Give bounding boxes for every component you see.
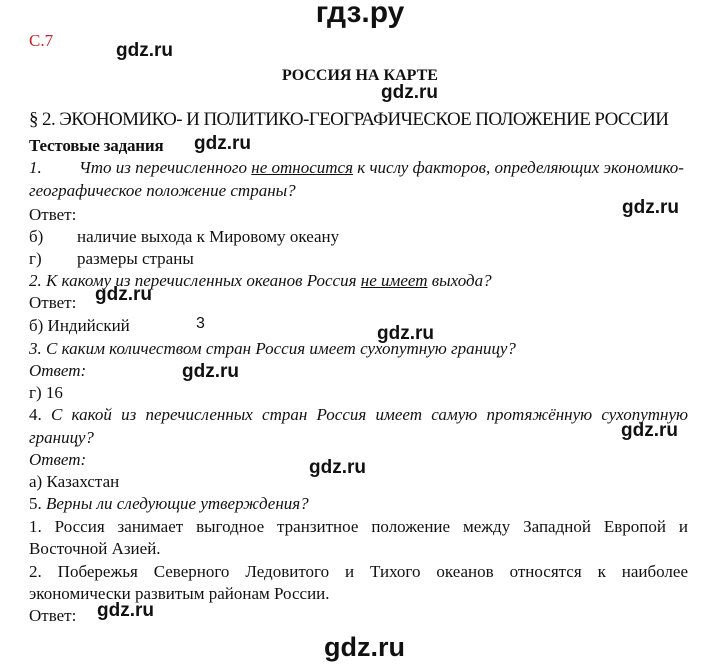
statement-1-line2: Восточной Азией. [29,539,161,559]
question-2: 2. К какому из перечисленных океанов Рос… [29,271,492,291]
emphasis: не имеет [361,271,428,290]
statement-1: 1. Россия занимает выгодное транзитное п… [29,517,688,537]
question-1-line2: географическое положение страны? [29,181,296,201]
watermark: gdz.ru [622,197,679,219]
answer-label: Ответ: [29,450,86,470]
watermark-large: gdz.ru [324,632,405,663]
statement-2: 2. Побережья Северного Ледовитого и Тихо… [29,562,688,582]
subheading: Тестовые задания [29,136,163,156]
answer-item: г)размеры страны [29,249,194,269]
question-number: 1. [29,158,79,178]
section-title: § 2. ЭКОНОМИКО- И ПОЛИТИКО-ГЕОГРАФИЧЕСКО… [29,109,668,131]
chapter-title: РОССИЯ НА КАРТЕ [0,67,720,85]
statement-2-line2: экономически развитым районам России. [29,584,330,604]
site-title: гдз.ру [0,0,720,30]
watermark: gdz.ru [116,40,173,62]
question-5: 5. Верны ли следующие утверждения? [29,494,309,514]
answer-label: Ответ: [29,293,76,313]
answer-item: а) Казахстан [29,472,119,492]
watermark: gdz.ru [309,457,366,479]
answer-label: Ответ: [29,361,86,381]
question-4: 4. С какой из перечисленных стран Россия… [29,405,688,425]
watermark: gdz.ru [194,133,251,155]
watermark: gdz.ru [381,82,438,104]
question-3: 3. С каким количеством стран Россия имее… [29,339,516,359]
emphasis: не относится [251,158,353,177]
question-4-line2: границу? [29,428,94,448]
stray-mark: 3 [196,315,205,333]
answer-item: г) 16 [29,383,63,403]
answer-item: б)наличие выхода к Мировому океану [29,227,339,247]
watermark: gdz.ru [182,361,239,383]
page-number: С.7 [29,31,53,51]
question-1: 1.Что из перечисленного не относится к ч… [29,158,684,178]
answer-label: Ответ: [29,205,76,225]
answer-label: Ответ: [29,606,76,626]
answer-item: б) Индийский [29,316,130,336]
